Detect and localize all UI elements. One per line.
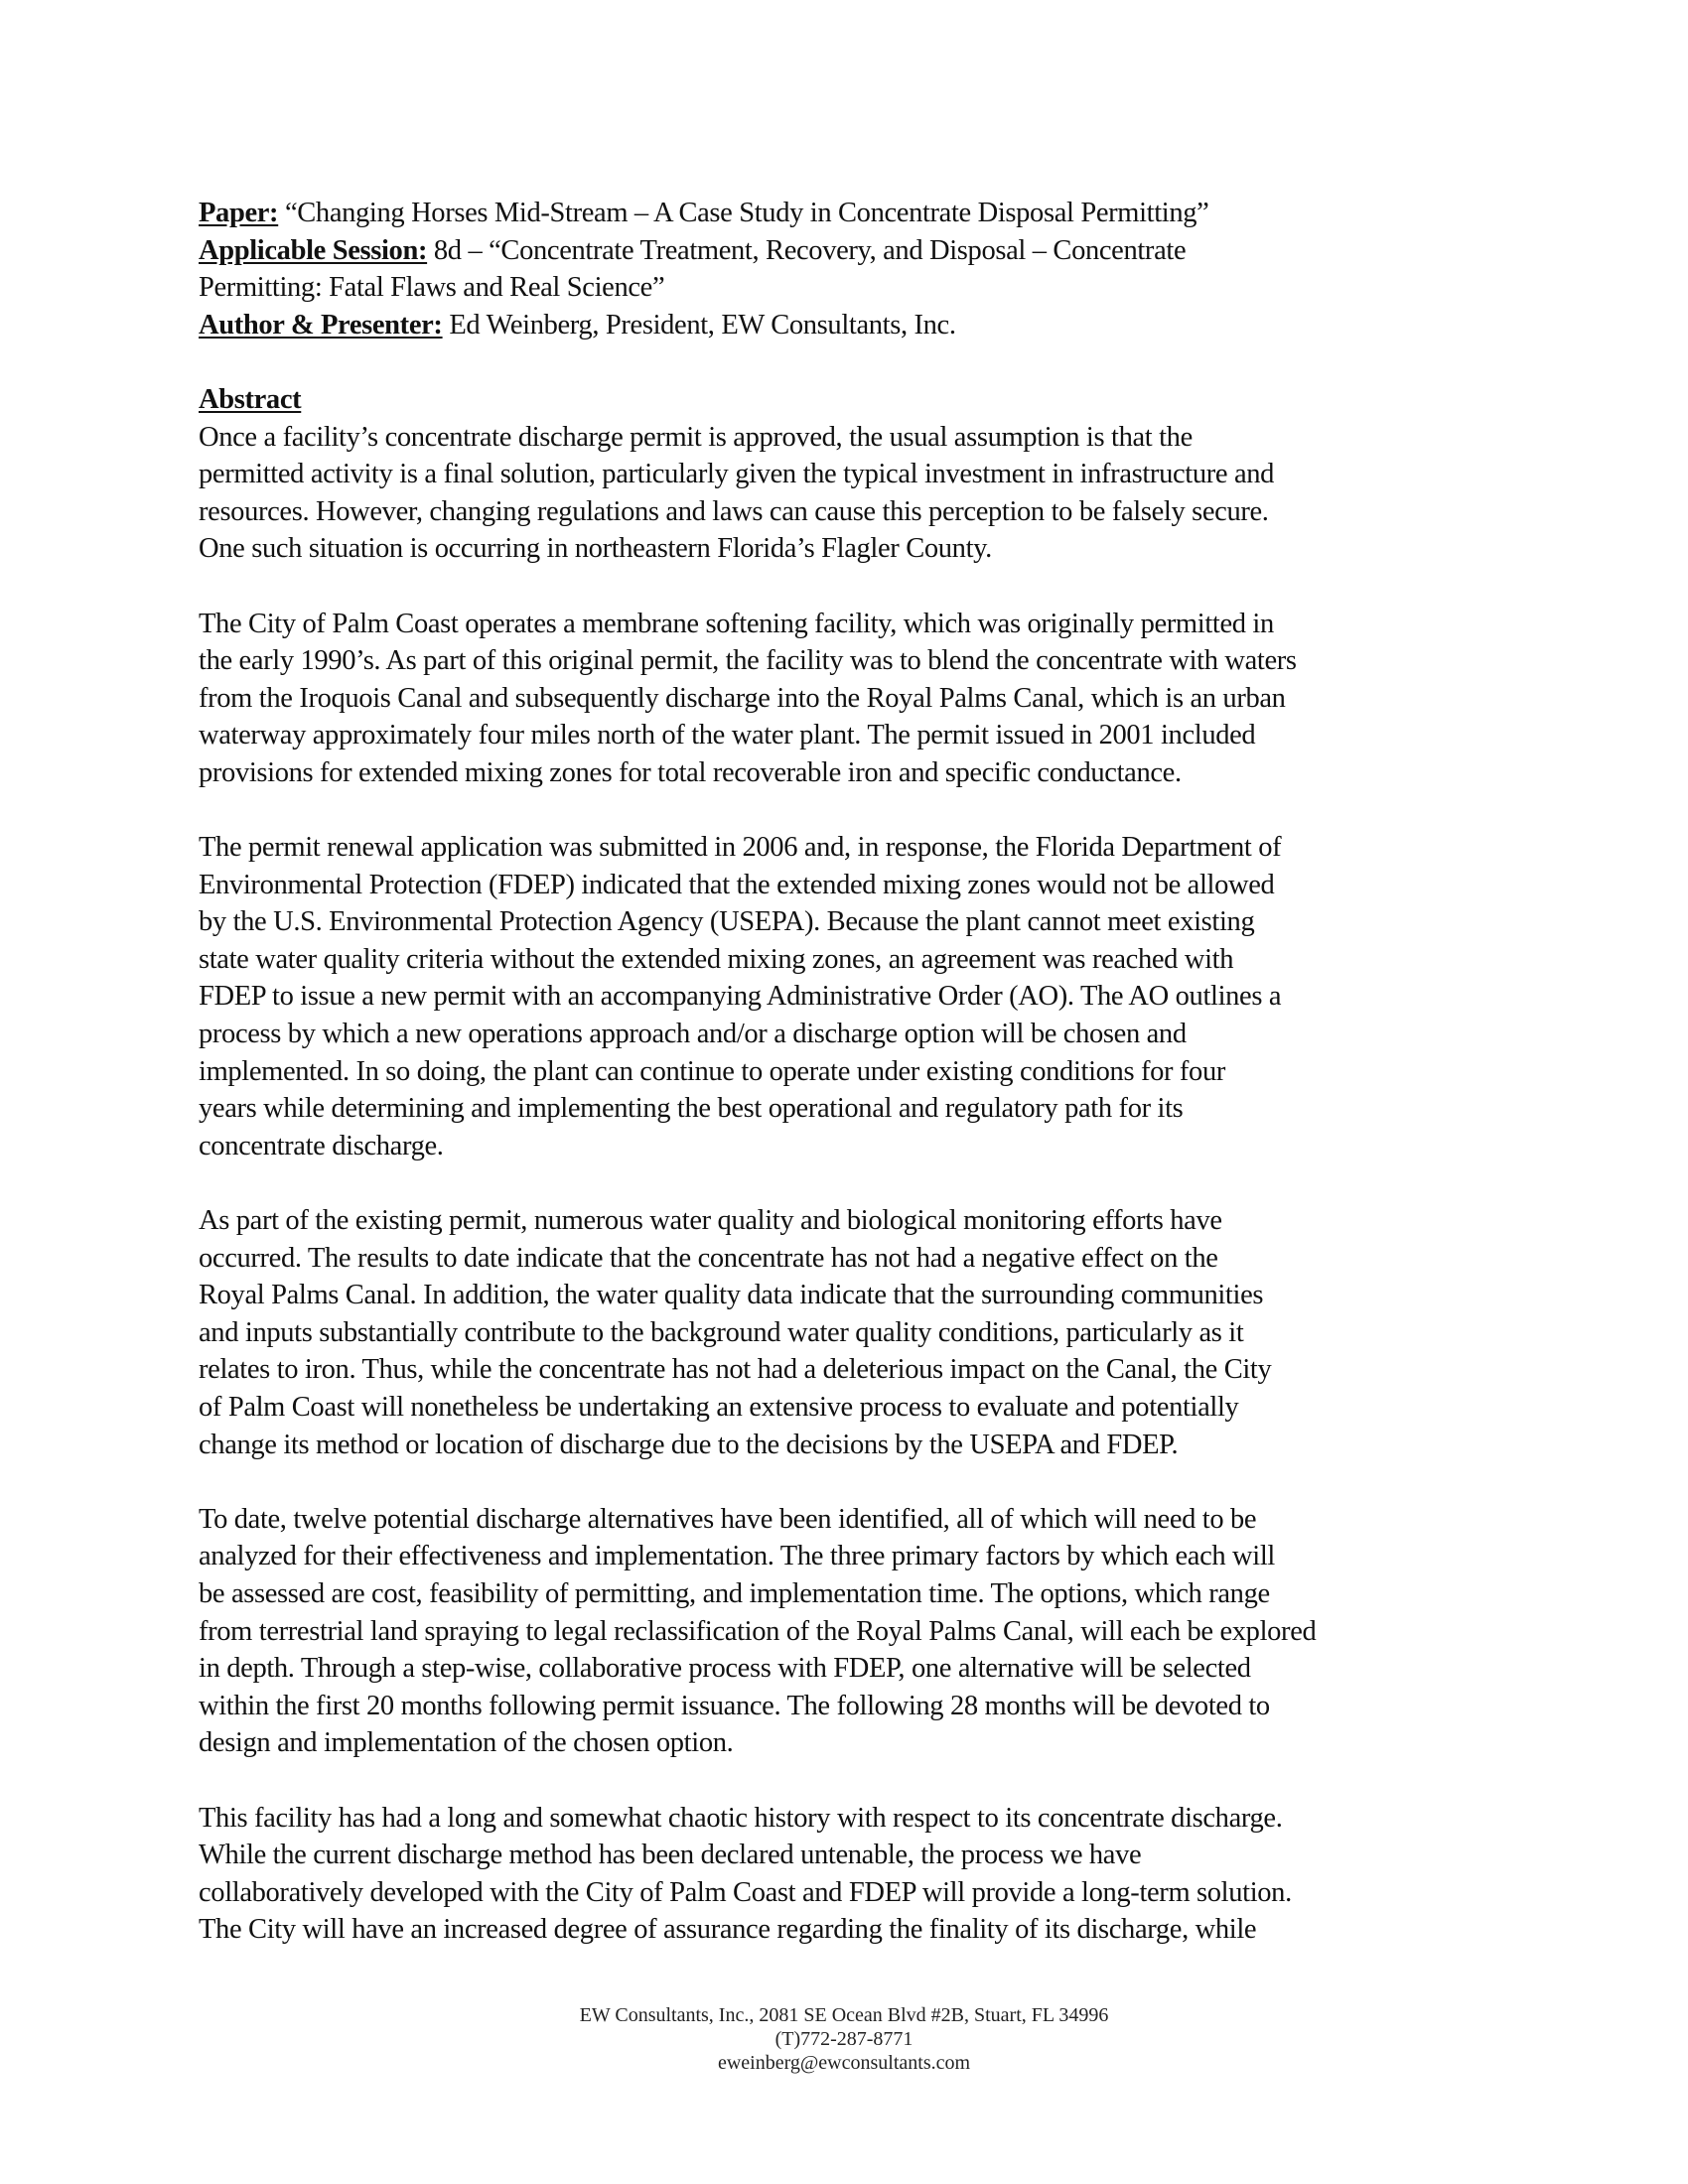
session-line-2: Permitting: Fatal Flaws and Real Science… (199, 269, 1489, 307)
abstract-paragraph: The permit renewal application was submi… (199, 829, 1489, 1164)
abstract-paragraph: This facility has had a long and somewha… (199, 1800, 1489, 1949)
page-footer: EW Consultants, Inc., 2081 SE Ocean Blvd… (0, 2003, 1688, 2075)
abstract-paragraphs: Once a facility’s concentrate discharge … (199, 419, 1489, 1949)
paragraph-line: waterway approximately four miles north … (199, 717, 1489, 754)
paragraph-line: relates to iron. Thus, while the concent… (199, 1351, 1489, 1389)
paragraph-line: years while determining and implementing… (199, 1090, 1489, 1128)
paragraph-line: by the U.S. Environmental Protection Age… (199, 903, 1489, 941)
paragraph-line: implemented. In so doing, the plant can … (199, 1053, 1489, 1091)
paragraph-line: collaboratively developed with the City … (199, 1874, 1489, 1912)
paragraph-line: from the Iroquois Canal and subsequently… (199, 680, 1489, 718)
paragraph-line: resources. However, changing regulations… (199, 493, 1489, 531)
paragraph-line: The City will have an increased degree o… (199, 1911, 1489, 1949)
paragraph-line: the early 1990’s. As part of this origin… (199, 642, 1489, 680)
paragraph-line: process by which a new operations approa… (199, 1016, 1489, 1053)
paper-title: “Changing Horses Mid-Stream – A Case Stu… (278, 198, 1208, 228)
paragraph-line: The City of Palm Coast operates a membra… (199, 606, 1489, 643)
paragraph-line: and inputs substantially contribute to t… (199, 1314, 1489, 1352)
footer-address: EW Consultants, Inc., 2081 SE Ocean Blvd… (0, 2003, 1688, 2027)
paragraph-line: To date, twelve potential discharge alte… (199, 1501, 1489, 1539)
paragraph-line: permitted activity is a final solution, … (199, 456, 1489, 493)
paragraph-line: be assessed are cost, feasibility of per… (199, 1575, 1489, 1613)
paragraph-spacer (199, 1762, 1489, 1800)
paragraph-line: FDEP to issue a new permit with an accom… (199, 978, 1489, 1016)
author-value: Ed Weinberg, President, EW Consultants, … (443, 310, 956, 341)
paragraph-line: occurred. The results to date indicate t… (199, 1240, 1489, 1278)
paragraph-line: of Palm Coast will nonetheless be undert… (199, 1389, 1489, 1427)
paragraph-line: in depth. Through a step-wise, collabora… (199, 1650, 1489, 1688)
paragraph-line: analyzed for their effectiveness and imp… (199, 1538, 1489, 1575)
paragraph-spacer (199, 792, 1489, 830)
footer-email: eweinberg@ewconsultants.com (0, 2051, 1688, 2075)
paragraph-spacer (199, 568, 1489, 606)
paper-title-line: Paper: “Changing Horses Mid-Stream – A C… (199, 195, 1489, 232)
paragraph-line: One such situation is occurring in north… (199, 530, 1489, 568)
abstract-paragraph: The City of Palm Coast operates a membra… (199, 606, 1489, 792)
paragraph-spacer (199, 1463, 1489, 1501)
session-line-1: Applicable Session: 8d – “Concentrate Tr… (199, 232, 1489, 270)
footer-phone: (T)772-287-8771 (0, 2027, 1688, 2051)
paragraph-line: This facility has had a long and somewha… (199, 1800, 1489, 1838)
author-label: Author & Presenter: (199, 310, 443, 341)
session-value: 8d – “Concentrate Treatment, Recovery, a… (427, 235, 1186, 266)
paper-label: Paper: (199, 198, 278, 228)
abstract-paragraph: To date, twelve potential discharge alte… (199, 1501, 1489, 1762)
paragraph-line: design and implementation of the chosen … (199, 1724, 1489, 1762)
document-body: Paper: “Changing Horses Mid-Stream – A C… (199, 195, 1489, 1949)
session-label: Applicable Session: (199, 235, 427, 266)
session-value-continued: Permitting: Fatal Flaws and Real Science… (199, 272, 664, 303)
paragraph-line: Environmental Protection (FDEP) indicate… (199, 867, 1489, 904)
abstract-paragraph: Once a facility’s concentrate discharge … (199, 419, 1489, 568)
abstract-heading: Abstract (199, 381, 1489, 419)
paragraph-line: change its method or location of dischar… (199, 1427, 1489, 1464)
paragraph-line: within the first 20 months following per… (199, 1688, 1489, 1725)
abstract-paragraph: As part of the existing permit, numerous… (199, 1202, 1489, 1463)
paragraph-line: The permit renewal application was submi… (199, 829, 1489, 867)
paragraph-line: While the current discharge method has b… (199, 1837, 1489, 1874)
paragraph-line: provisions for extended mixing zones for… (199, 754, 1489, 792)
paragraph-spacer (199, 1164, 1489, 1202)
paragraph-line: Once a facility’s concentrate discharge … (199, 419, 1489, 457)
paragraph-line: As part of the existing permit, numerous… (199, 1202, 1489, 1240)
paragraph-line: state water quality criteria without the… (199, 941, 1489, 979)
paragraph-line: from terrestrial land spraying to legal … (199, 1613, 1489, 1651)
paragraph-line: concentrate discharge. (199, 1128, 1489, 1165)
author-line: Author & Presenter: Ed Weinberg, Preside… (199, 307, 1489, 344)
spacer (199, 343, 1489, 381)
paragraph-line: Royal Palms Canal. In addition, the wate… (199, 1277, 1489, 1314)
